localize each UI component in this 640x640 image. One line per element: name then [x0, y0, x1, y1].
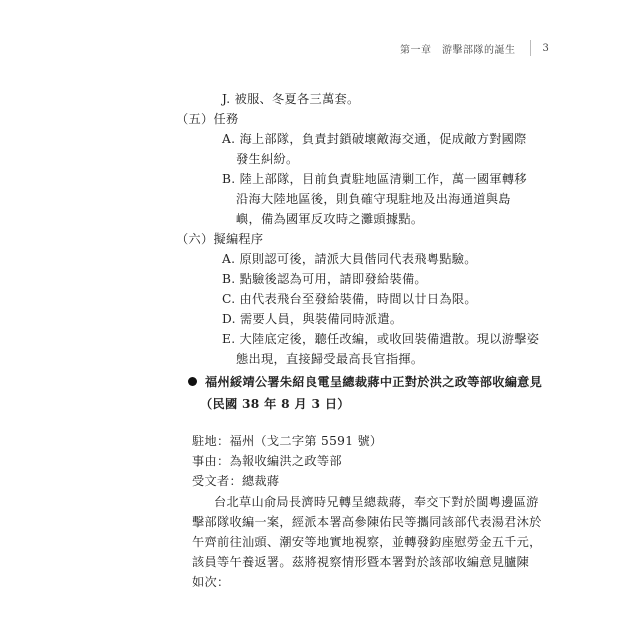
- section5-heading: （五）任務: [176, 110, 238, 127]
- chapter-title: 第一章 游擊部隊的誕生: [400, 41, 516, 56]
- section6-item-b: B. 點驗後認為可用，請即發給裝備。: [222, 270, 427, 287]
- meta-subject: 事由：為報收編洪之政等部: [192, 452, 342, 469]
- bullet-icon: [188, 377, 197, 386]
- section6-item-a: A. 原則認可後，請派大員偕同代表飛粵點驗。: [222, 250, 477, 267]
- section6-item-e-line1: E. 大陸底定後，聽任改編，或收回裝備遣散。現以游擊姿: [222, 330, 539, 347]
- section6-item-e-line2: 態出現，直接歸受最高長官指揮。: [236, 350, 423, 367]
- section5-item-b-line3: 嶼，備為國軍反攻時之灘頭據點。: [236, 210, 423, 227]
- header-divider: [530, 40, 531, 56]
- section6-heading: （六）擬編程序: [176, 230, 263, 247]
- section6-item-d: D. 需要人員，與裝備同時派遣。: [222, 310, 402, 327]
- body-line-4: 該員等午養返署。茲將視察情形暨本署對於該部收編意見臚陳: [192, 553, 529, 570]
- document-title: 福州綏靖公署朱紹良電呈總裁蔣中正對於洪之政等部收編意見: [188, 373, 542, 390]
- body-line-3: 午齊前往汕頭、潮安等地實地視察，並轉發鈞座慰勞金五千元，: [192, 533, 542, 550]
- meta-location: 駐地：福州（戈二字第 5591 號）: [192, 432, 382, 449]
- section5-item-a-line2: 發生糾紛。: [236, 150, 298, 167]
- section6-item-c: C. 由代表飛台至發給裝備，時間以廿日為限。: [222, 290, 477, 307]
- section5-item-a-line1: A. 海上部隊，負責封鎖破壞敵海交通，促成敵方對國際: [222, 130, 527, 147]
- body-line-2: 擊部隊收編一案，經派本署高參陳佑民等攜同該部代表湯君沐於: [192, 513, 542, 530]
- body-line-5: 如次：: [192, 573, 229, 590]
- document-date: （民國 38 年 8 月 3 日）: [200, 395, 350, 412]
- document-title-text: 福州綏靖公署朱紹良電呈總裁蔣中正對於洪之政等部收編意見: [205, 375, 542, 389]
- body-line-1: 台北草山俞局長濟時兄轉呈總裁蔣，奉交下對於閩粵邊區游: [214, 493, 539, 510]
- page-number: 3: [543, 43, 549, 54]
- section5-item-b-line2: 沿海大陸地區後，則負確守現駐地及出海通道與島: [236, 190, 511, 207]
- meta-recipient: 受文者：總裁蔣: [192, 472, 279, 489]
- item-j: J. 被服、冬夏各三萬套。: [222, 90, 359, 107]
- running-header: 第一章 游擊部隊的誕生 3: [400, 40, 549, 56]
- section5-item-b-line1: B. 陸上部隊，目前負責駐地區清剿工作，萬一國軍轉移: [222, 170, 527, 187]
